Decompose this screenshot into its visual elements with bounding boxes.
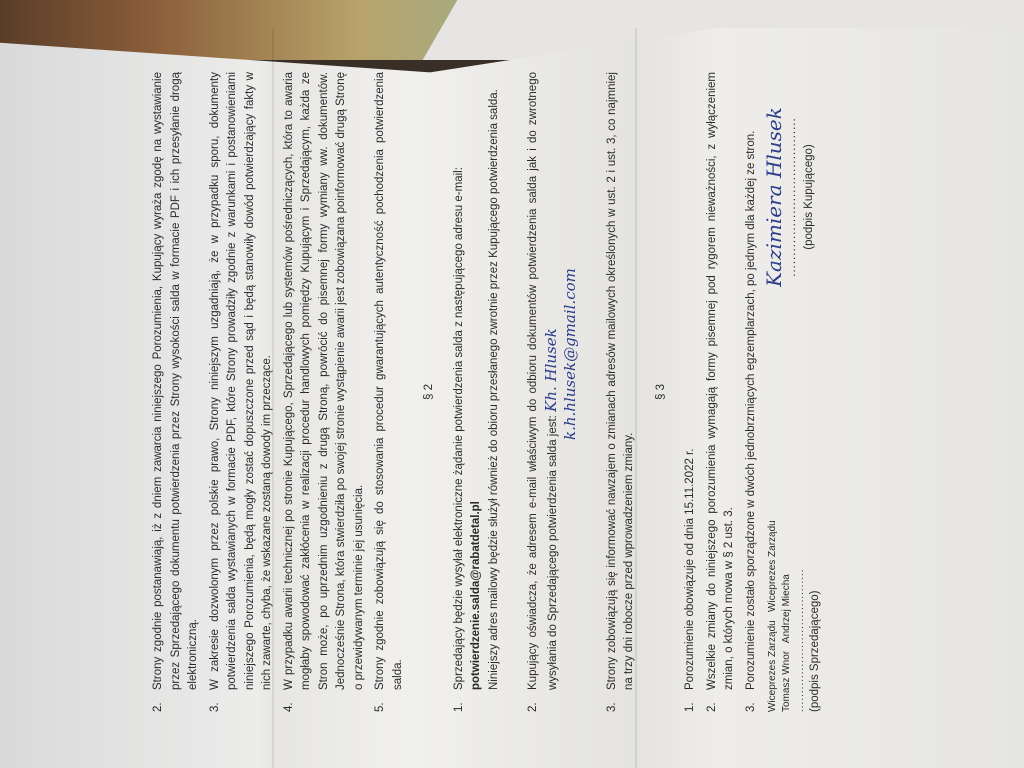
seller-stamp-name: Tomasz Wnor [781,651,792,712]
clause-item: 3. W zakresie dozwolonym przez polskie p… [207,72,277,712]
clause-number: 2. [525,690,582,712]
clause-text: Sprzedający będzie wysyłał elektroniczne… [451,72,504,690]
handwritten-email: k.h.hlusek@gmail.com [561,268,579,440]
seller-stamp-title: Wiceprezes Zarządu [767,520,778,612]
signature-line: ...................................... [794,462,808,712]
clause-number: 4. [281,690,369,712]
clause-number: 2. [150,690,203,712]
section-heading: § 2 [421,72,439,712]
seller-stamp-name: Andrzej Miecha [781,574,792,643]
clause-item: 3. Porozumienie zostało sporządzone w dw… [743,72,761,712]
clause-item: 5. Strony zgodnie zobowiązują się do sto… [372,72,407,712]
section-heading: § 3 [653,72,671,712]
clause-item: 4. W przypadku awarii technicznej po str… [281,72,369,712]
seller-email: potwierdzenie.salda@rabatdetal.pl [470,501,482,690]
buyer-signature: Kazimiera Hlusek .......................… [766,82,819,312]
clause-text: Porozumienie obowiązuje od dnia 15.11.20… [682,72,700,690]
handwritten-name: Kh. Hlusek [542,328,560,412]
clause-text-part: Niniejszy adres mailowy będzie służył ró… [488,89,500,690]
clause-item: 2. Strony zgodnie postanawiają, iż z dni… [150,72,203,712]
clause-number: 2. [704,690,739,712]
buyer-signature-label: (podpis Kupującego) [801,82,819,312]
clause-item: 1. Porozumienie obowiązuje od dnia 15.11… [682,72,700,712]
clause-number: 3. [604,690,639,712]
clause-text: Wszelkie zmiany do niniejszego porozumie… [704,72,739,690]
clause-text-part: Sprzedający będzie wysyłał elektroniczne… [453,167,465,690]
clause-text: W przypadku awarii technicznej po stroni… [281,72,369,690]
buyer-handwritten-signature: Kazimiera Hlusek [766,82,784,312]
clause-item: 1. Sprzedający będzie wysyłał elektronic… [451,72,504,712]
section1-tail: 2. Strony zgodnie postanawiają, iż z dni… [150,72,407,712]
document-page: 2. Strony zgodnie postanawiają, iż z dni… [150,72,876,712]
clause-item: 2. Kupujący oświadcza, że adresem e-mail… [525,72,582,712]
clause-number: 3. [207,690,277,712]
seller-stamp-title: Wiceprezes Zarządu [767,620,778,712]
clause-text: W zakresie dozwolonym przez polskie praw… [207,72,277,690]
clause-text: Porozumienie zostało sporządzone w dwóch… [743,72,761,690]
clause-text: Strony zgodnie postanawiają, iż z dniem … [150,72,203,690]
clause-item: 3. Strony zobowiązują się informować naw… [604,72,639,712]
clause-text: Strony zgodnie zobowiązują się do stosow… [372,72,407,690]
clause-number: 5. [372,690,407,712]
signature-line: ...................................... [784,82,802,312]
clause-number: 3. [743,690,761,712]
clause-text: Kupujący oświadcza, że adresem e-mail wł… [525,72,582,690]
clause-number: 1. [451,690,504,712]
clause-number: 1. [682,690,700,712]
clause-item: 2. Wszelkie zmiany do niniejszego porozu… [704,72,739,712]
seller-signature-label: (podpis Sprzedającego) [808,462,822,712]
signature-block: Wiceprezes Zarządu Wiceprezes Zarządu To… [766,72,876,712]
clause-text: Strony zobowiązują się informować nawzaj… [604,72,639,690]
seller-signature: Wiceprezes Zarządu Wiceprezes Zarządu To… [766,462,822,712]
